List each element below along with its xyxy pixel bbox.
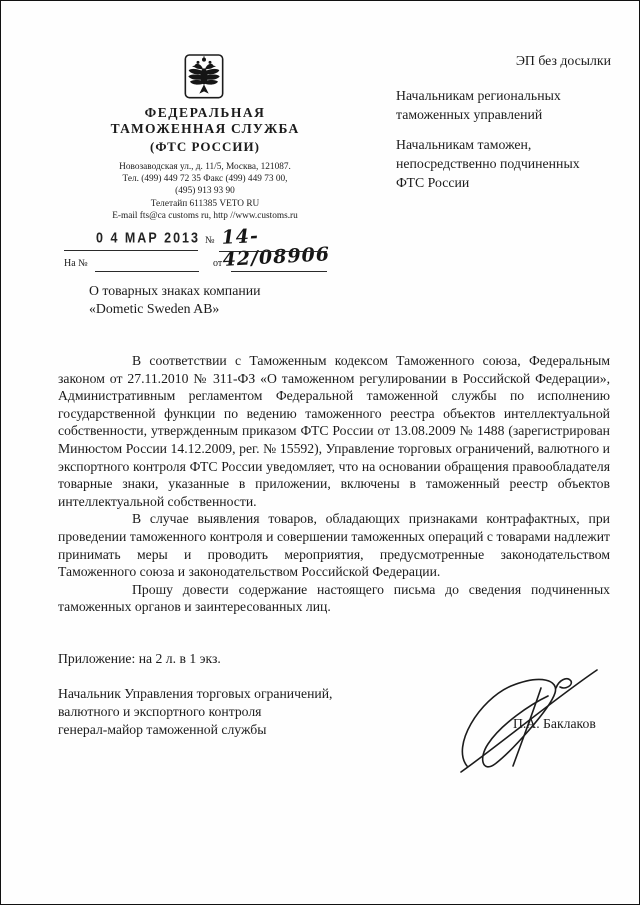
signer-titles: Начальник Управления торговых ограничени… bbox=[58, 685, 398, 740]
body-paragraph-2: В случае выявления товаров, обладающих п… bbox=[58, 510, 610, 580]
date-stamp: 0 4 МАР 2013 bbox=[93, 230, 203, 246]
subject-line: О товарных знаках компании «Dometic Swed… bbox=[89, 282, 359, 317]
org-name-line2: ТАМОЖЕННАЯ СЛУЖБА bbox=[59, 121, 351, 137]
org-name-line1: ФЕДЕРАЛЬНАЯ bbox=[59, 105, 351, 121]
doc-number-handwritten: 14-42/08906 bbox=[221, 221, 333, 271]
addressee-customs-offices: Начальникам таможен, непосредственно под… bbox=[396, 135, 611, 193]
org-abbreviation: (ФТС РОССИИ) bbox=[59, 139, 351, 155]
number-ruled-line bbox=[219, 251, 327, 252]
signer-name: П.А. Баклаков bbox=[513, 716, 596, 732]
letterhead-contact-block: Новозаводская ул., д. 11/5, Москва, 1210… bbox=[59, 161, 351, 222]
letter-body: В соответствии с Таможенным кодексом Там… bbox=[58, 352, 610, 616]
delivery-note: ЭП без досылки bbox=[401, 53, 611, 69]
number-sign-label: № bbox=[205, 235, 215, 246]
reply-from-ruled-line bbox=[231, 271, 327, 272]
reply-to-ruled-line bbox=[95, 271, 199, 272]
body-paragraph-1: В соответствии с Таможенным кодексом Там… bbox=[58, 352, 610, 510]
attachment-note: Приложение: на 2 л. в 1 экз. bbox=[58, 651, 221, 667]
date-ruled-line bbox=[64, 250, 198, 251]
body-paragraph-3: Прошу довести содержание настоящего пись… bbox=[58, 581, 610, 616]
scanned-letter-page: ФЕДЕРАЛЬНАЯ ТАМОЖЕННАЯ СЛУЖБА (ФТС РОССИ… bbox=[0, 0, 640, 905]
coat-of-arms-icon bbox=[184, 53, 224, 101]
addressee-regional-directorates: Начальникам региональных таможенных упра… bbox=[396, 86, 611, 124]
reply-to-label: На № bbox=[64, 258, 88, 269]
reply-from-label: от bbox=[213, 258, 222, 269]
